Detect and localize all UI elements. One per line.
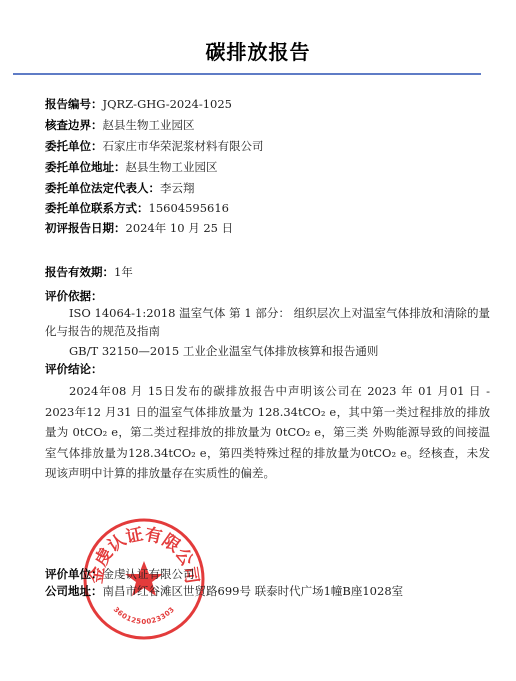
report-date-label: 初评报告日期： [45,221,126,235]
evaluator-unit-label: 评价单位： [45,567,103,581]
verification-boundary-field: 核查边界：赵县生物工业园区 [45,117,195,133]
client-address-field: 委托单位地址：赵县生物工业园区 [45,159,218,175]
report-number-field: 报告编号：JQRZ-GHG-2024-1025 [45,96,232,112]
client-address-value: 赵县生物工业园区 [126,160,218,174]
verification-boundary-label: 核查边界： [45,118,103,132]
report-date-value: 2024年 10 月 25 日 [126,221,234,235]
client-contact-label: 委托单位联系方式： [45,201,149,215]
basis-label: 评价依据： [45,289,103,303]
client-field: 委托单位：石家庄市华荣泥浆材料有限公司 [45,138,264,154]
evaluator-address-label: 公司地址： [45,584,103,598]
client-contact-value: 15604595616 [149,201,229,215]
client-contact-field: 委托单位联系方式：15604595616 [45,200,229,216]
basis-item-gbt: GB/T 32150—2015 工业企业温室气体排放核算和报告通则 [45,342,490,360]
report-number-value: JQRZ-GHG-2024-1025 [103,97,233,111]
conclusion-heading: 评价结论： [45,361,103,377]
verification-boundary-value: 赵县生物工业园区 [103,118,195,132]
conclusion-label: 评价结论： [45,362,103,376]
legal-representative-label: 委托单位法定代表人： [45,181,160,195]
document-title: 碳排放报告 [0,36,516,65]
validity-value: 1年 [114,265,133,279]
legal-representative-field: 委托单位法定代表人：李云翔 [45,180,195,196]
evaluator-unit-field: 评价单位：金虔认证有限公司 [45,566,195,582]
svg-text:3601250023303: 3601250023303 [112,605,177,625]
evaluator-address-value: 南昌市红谷滩区世贸路699号 联泰时代广场1幢B座1028室 [103,584,404,598]
conclusion-text: 2024年08 月 15日发布的碳排放报告中声明该公司在 2023 年 01 月… [45,381,490,484]
report-date-field: 初评报告日期：2024年 10 月 25 日 [45,220,233,236]
report-number-label: 报告编号： [45,97,103,111]
validity-label: 报告有效期： [45,265,114,279]
client-value: 石家庄市华荣泥浆材料有限公司 [103,139,264,153]
legal-representative-value: 李云翔 [160,181,195,195]
evaluator-unit-value: 金虔认证有限公司 [103,567,195,581]
basis-item-iso: ISO 14064-1:2018 温室气体 第 1 部分： 组织层次上对温室气体… [45,304,490,340]
validity-field: 报告有效期：1年 [45,264,133,280]
header-divider [13,73,481,75]
evaluator-address-field: 公司地址：南昌市红谷滩区世贸路699号 联泰时代广场1幢B座1028室 [45,583,403,599]
basis-heading: 评价依据： [45,288,103,304]
client-address-label: 委托单位地址： [45,160,126,174]
client-label: 委托单位： [45,139,103,153]
